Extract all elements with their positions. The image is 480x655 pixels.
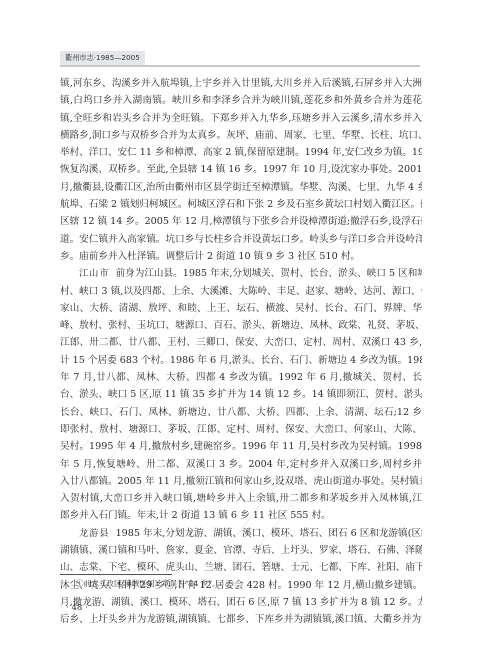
text-line: 月,撤龙游、湖镇、溪口、模环、塔石、团石 6 区,原 7 镇 13 乡扩并为 8… bbox=[60, 594, 422, 611]
county-heading: 龙游县 bbox=[79, 528, 110, 539]
running-title: 衢州市志·1985—2005 bbox=[60, 51, 145, 65]
running-header: 衢州市志·1985—2005 bbox=[60, 51, 420, 67]
text-line: 乡。庙前乡并入杜泽镇。调整后计 2 街道 10 镇 9 乡 3 社区 510 村… bbox=[60, 248, 422, 265]
paragraph-qujiang: 镇,河东乡、沟溪乡并入航埠镇,上宇乡并入廿里镇,大川乡并入后溪镇,石屏乡并入大洲… bbox=[60, 75, 422, 265]
text-line: 区辖 12 镇 14 乡。2005 年 12 月,樟潭镇与下张乡合并设樟潭街道;… bbox=[60, 213, 422, 230]
body-text: 镇,河东乡、沟溪乡并入航埠镇,上宇乡并入廿里镇,大川乡并入后溪镇,石屏乡并入大洲… bbox=[60, 75, 422, 629]
footnote: ①前志《政区·境域区划》章误为“24 乡”。 bbox=[76, 577, 220, 591]
text-line: 峰、敖村、张村、玉坑口、塘源口、百石、淤头、新塘边、凤林、政棠、礼贤、茅坂、 bbox=[60, 317, 422, 334]
county-heading: 江山市 bbox=[79, 268, 110, 279]
text-line: 江山市前身为江山县。1985 年末,分划城关、贺村、长台、淤头、峡口 5 区和城… bbox=[60, 265, 422, 282]
text-line: 航埠、石梁 2 镇划归柯城区。柯城区浮石和下张 2 乡及石室乡黄坛口村划入衢江区… bbox=[60, 196, 422, 213]
text-line: 长台、峡口、石门、凤林、新塘边、廿八都、大桥、四都、上余、清湖、坛石;12 乡 bbox=[60, 404, 422, 421]
text-line: 月,撤衢县,设衢江区,治所由衢州市区县学街迁至樟潭镇。华墅、沟溪、七里、九华 4… bbox=[60, 179, 422, 196]
text-line: 江郎、卅二都、廿八都、王村、三卿口、保安、大峦口、定村、周村、双溪口 43 乡, bbox=[60, 334, 422, 351]
text-line: 镇,全旺乡和岩头乡合并为全旺镇。下郑乡并入九华乡,珏塘乡并入云溪乡,清水乡并入 bbox=[60, 110, 422, 127]
paragraph-jiangshan: 江山市前身为江山县。1985 年末,分划城关、贺村、长台、淤头、峡口 5 区和城… bbox=[60, 265, 422, 524]
page-number: · 48 · bbox=[66, 601, 88, 615]
text-line: 镇,白坞口乡并入湖南镇。峡川乡和李泽乡合并为峡川镇,莲花乡和外黄乡合并为莲花 bbox=[60, 92, 422, 109]
text-line: 镇,河东乡、沟溪乡并入航埠镇,上宇乡并入廿里镇,大川乡并入后溪镇,石屏乡并入大洲 bbox=[60, 75, 422, 92]
text-line: 恢复沟溪、双桥乡。至此,全县辖 14 镇 16 乡。1997 年 10 月,设沈… bbox=[60, 161, 422, 178]
text-line: 即张村、敖村、塘源口、茅坂、江郎、定村、周村、保安、大峦口、何家山、大陈、 bbox=[60, 421, 422, 438]
text-line: 道。安仁镇并入高家镇。坑口乡与长柱乡合并设黄坛口乡。岭头乡与洋口乡合并设岭洋 bbox=[60, 231, 422, 248]
text-span: 1985 年末,分划龙游、湖镇、溪口、模环、塔石、团石 6 区和龙游镇(区级),… bbox=[116, 528, 422, 539]
text-line: 湖镇镇、溪口镇和马叶、詹家、夏金、官潭、寺后、上圩头、罗家、塔石、石佛、泽随、雅… bbox=[60, 542, 422, 559]
text-line: 年 7 月,廿八都、凤林、大桥、四都 4 乡改为镇。1992 年 6 月,撤城关… bbox=[60, 369, 422, 386]
text-line: 横路乡,洞口乡与双桥乡合并为太真乡。灰坪、庙前、周家、七里、华墅、长柱、坑口、岭… bbox=[60, 127, 422, 144]
text-line: 吴村。1995 年 4 月,撤敖村乡,建碗窑乡。1996 年 11 月,吴村乡改… bbox=[60, 438, 422, 455]
text-line: 年 5 月,恢复塘岭、卅二都、双溪口 3 乡。2004 年,定村乡并入双溪口乡,… bbox=[60, 456, 422, 473]
text-line: 家山、大桥、清湖、敖坪、和睦、上王、坛石、横渡、吴村、长台、石门、界牌、华 bbox=[60, 300, 422, 317]
text-line: 龙游县1985 年末,分划龙游、湖镇、溪口、模环、塔石、团石 6 区和龙游镇(区… bbox=[60, 525, 422, 542]
text-line: 计 15 个居委 683 个村。1986 年 6 月,淤头、长台、石门、新塘边 … bbox=[60, 352, 422, 369]
text-span: 前身为江山县。1985 年末,分划城关、贺村、长台、淤头、峡口 5 区和城关、贺 bbox=[116, 268, 422, 279]
footnote-divider bbox=[60, 574, 172, 575]
text-line: 台、淤头、峡口 5 区,原 11 镇 35 乡扩并为 14 镇 12 乡。14 … bbox=[60, 386, 422, 403]
text-line: 入贺村镇,大峦口乡并入峡口镇,塘岭乡并入上余镇,卅二都乡和茅坂乡并入凤林镇,江 bbox=[60, 490, 422, 507]
text-line: 村、峡口 3 镇,以及四都、上余、大溪滩、大陈岭、丰足、赵家、塘岭、达河、源口、… bbox=[60, 283, 422, 300]
text-line: 入廿八都镇。2005 年 11 月,撤须江镇和何家山乡,设双塔、虎山街道办事处。… bbox=[60, 473, 422, 490]
text-line: 郎乡并入石门镇。年末,计 2 街道 13 镇 6 乡 11 社区 555 村。 bbox=[60, 507, 422, 524]
text-line: 举村、洋口、安仁 11 乡和樟潭、高家 2 镇,保留原建制。1994 年,安仁改… bbox=[60, 144, 422, 161]
text-line: 后乡、上圩头乡并为龙游镇,湖镇镇、七都乡、下库乡并为湖镇镇,溪口镇、大衢乡并为溪 bbox=[60, 611, 422, 628]
